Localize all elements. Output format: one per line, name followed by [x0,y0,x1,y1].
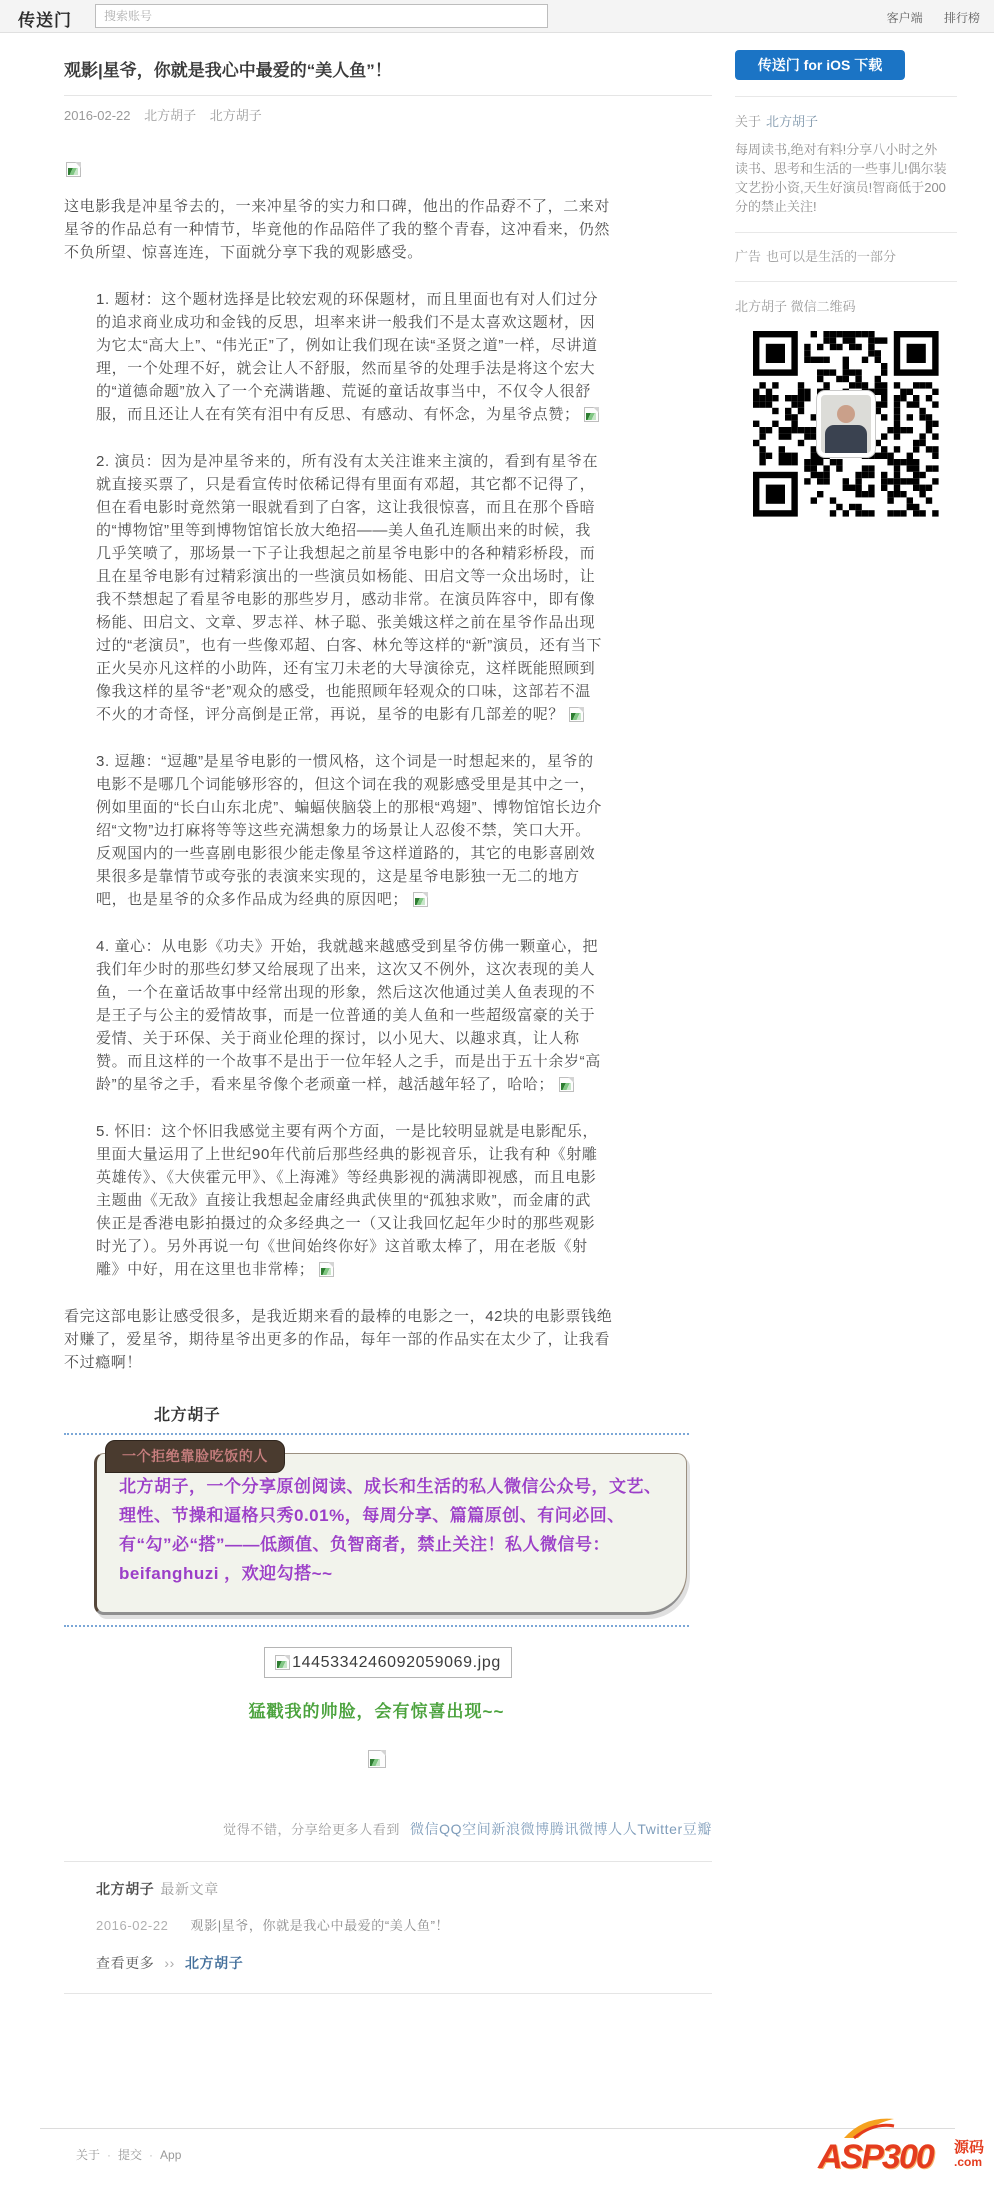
broken-image-icon [275,1655,290,1670]
avatar-head [837,405,855,423]
footer-links: 关于·提交·App [76,2146,181,2163]
promo-tag: 一个拒绝靠脸吃饭的人 [105,1440,285,1473]
footer-separator: · [149,2148,153,2162]
share-qzone-link[interactable]: QQ空间 [439,1821,491,1837]
latest-item: 2016-02-22观影|星爷，你就是我心中最爱的“美人鱼”！ [96,1914,713,1937]
divider [64,95,712,96]
divider [64,1993,712,1994]
broken-image-icon [413,892,428,907]
article-meta: 2016-02-22 北方胡子 北方胡子 [64,105,712,124]
point-text: 5. 怀旧：这个怀旧我感觉主要有两个方面，一是比较明显就是电影配乐，里面大量运用… [96,1123,598,1278]
footer-app-link[interactable]: App [160,2148,181,2162]
broken-image-icon [319,1262,334,1277]
nav-ranking-link[interactable]: 排行榜 [944,11,980,25]
share-twitter-link[interactable]: Twitter [637,1821,682,1837]
dotted-divider [64,1625,689,1627]
article-point-5: 5. 怀旧：这个怀旧我感觉主要有两个方面，一是比较明显就是电影配乐，里面大量运用… [96,1120,604,1281]
avatar-body [825,425,867,457]
point-text: 3. 逗趣：“逗趣”是星爷电影的一惯风格，这个词是一时想起来的，星爷的电影不是哪… [96,753,602,908]
article-point-3: 3. 逗趣：“逗趣”是星爷电影的一惯风格，这个词是一时想起来的，星爷的电影不是哪… [96,750,604,911]
broken-image-icon [584,407,599,422]
point-text: 2. 演员：因为是冲星爷来的，所有没有太关注谁来主演的，看到有星爷在就直接买票了… [96,453,602,723]
share-prompt: 觉得不错，分享给更多人看到 [223,1822,400,1837]
qr-label: 微信二维码 [791,299,856,314]
more-account-link[interactable]: 北方胡子 [185,1955,243,1971]
qr-account: 北方胡子 [735,299,787,314]
about-account-link[interactable]: 北方胡子 [766,114,818,129]
latest-item-date: 2016-02-22 [96,1918,169,1933]
logo-com: .com [954,2155,984,2170]
latest-account: 北方胡子 [96,1881,154,1897]
ios-download-button[interactable]: 传送门 for iOS 下载 [735,50,905,80]
article-point-2: 2. 演员：因为是冲星爷来的，所有没有太关注谁来主演的，看到有星爷在就直接买票了… [96,450,604,726]
qr-code [753,331,939,517]
more-row: 查看更多››北方胡子 [96,1952,713,1975]
topbar: 传送门 客户端 排行榜 [0,0,994,33]
more-arrow: ›› [164,1955,175,1971]
divider [735,232,957,233]
promo-green-text: 猛戳我的帅脸，会有惊喜出现~~ [64,1700,689,1723]
ad-text: 也可以是生活的一部分 [766,249,896,264]
about-heading: 关于北方胡子 [735,111,957,130]
qr-heading: 北方胡子 微信二维码 [735,296,957,315]
article-point-1: 1. 题材：这个题材选择是比较宏观的环保题材，而且里面也有对人们过分的追求商业成… [96,288,604,426]
footer-submit-link[interactable]: 提交 [118,2148,142,2162]
share-txweibo-link[interactable]: 腾讯微博 [550,1821,608,1837]
nav-client-link[interactable]: 客户端 [887,11,923,25]
about-label: 关于 [735,114,761,129]
share-weibo-link[interactable]: 新浪微博 [491,1821,549,1837]
point-text: 4. 童心：从电影《功夫》开始，我就越来越感受到星爷仿佛一颗童心，把我们年少时的… [96,938,601,1093]
search-input[interactable] [95,4,548,28]
logo-text: ASP300 [818,2138,933,2177]
latest-item-title-link[interactable]: 观影|星爷，你就是我心中最爱的“美人鱼”！ [191,1918,450,1933]
dotted-divider [64,1433,689,1435]
promo-account-name: 北方胡子 [154,1404,712,1427]
footer-about-link[interactable]: 关于 [76,2148,100,2162]
logo-side: 源码 .com [954,2140,984,2170]
share-wechat-link[interactable]: 微信 [410,1821,439,1837]
latest-heading-suffix: 最新文章 [160,1881,218,1897]
latest-articles: 北方胡子最新文章 2016-02-22观影|星爷，你就是我心中最爱的“美人鱼”！… [96,1878,713,1994]
latest-heading: 北方胡子最新文章 [96,1878,713,1901]
share-douban-link[interactable]: 豆瓣 [683,1821,712,1837]
article-title: 观影|星爷，你就是我心中最爱的“美人鱼”！ [64,58,712,84]
ad-label: 广告 [735,249,761,264]
broken-image-icon [66,162,81,177]
footer-separator: · [107,2148,111,2162]
view-more-link[interactable]: 查看更多 [96,1955,154,1971]
article-body: 这电影我是冲星爷去的，一来冲星爷的实力和口碑，他出的作品孬不了，二来对星爷的作品… [64,158,712,1994]
article-column: 观影|星爷，你就是我心中最爱的“美人鱼”！ 2016-02-22 北方胡子 北方… [40,44,712,1994]
article-date: 2016-02-22 [64,108,131,123]
author-link[interactable]: 北方胡子 [210,108,262,123]
lead-image-row [66,158,712,181]
site-logo[interactable]: 传送门 [18,6,72,31]
divider [64,1861,712,1862]
sidebar: 传送门 for iOS 下载 关于北方胡子 每周读书,绝对有料!分享八小时之外读… [735,50,957,517]
qr-avatar [817,391,875,457]
ad-row: 广告也可以是生活的一部分 [735,246,957,265]
broken-image-icon [569,707,584,722]
account-link[interactable]: 北方胡子 [144,108,196,123]
about-description: 每周读书,绝对有料!分享八小时之外读书、思考和生活的一些事儿!偶尔装文艺扮小资,… [735,140,950,216]
topnav: 客户端 排行榜 [869,9,980,26]
promo-text: 北方胡子，一个分享原创阅读、成长和生活的私人微信公众号，文艺、理性、节操和逼格只… [119,1472,664,1588]
closing-text: 看完这部电影让感受很多，是我近期来看的最棒的电影之一，42块的电影票钱绝对赚了，… [64,1308,612,1371]
divider [735,281,957,282]
asp300-logo: ASP300 源码 .com [818,2116,994,2188]
broken-image-icon [559,1077,574,1092]
share-row: 觉得不错，分享给更多人看到微信QQ空间新浪微博腾讯微博人人Twitter豆瓣 [64,1818,712,1841]
promo-box: 一个拒绝靠脸吃饭的人 北方胡子，一个分享原创阅读、成长和生活的私人微信公众号，文… [94,1453,687,1615]
divider [735,96,957,97]
intro-text: 这电影我是冲星爷去的，一来冲星爷的实力和口碑，他出的作品孬不了，二来对星爷的作品… [64,198,610,261]
image-filename: 1445334246092059069.jpg [292,1654,501,1671]
article-intro: 这电影我是冲星爷去的，一来冲星爷的实力和口碑，他出的作品孬不了，二来对星爷的作品… [64,195,624,264]
article-point-4: 4. 童心：从电影《功夫》开始，我就越来越感受到星爷仿佛一颗童心，把我们年少时的… [96,935,604,1096]
share-channels: 微信QQ空间新浪微博腾讯微博人人Twitter豆瓣 [410,1821,712,1837]
share-renren-link[interactable]: 人人 [608,1821,637,1837]
image-filename-box: 1445334246092059069.jpg [264,1647,512,1678]
page: 传送门 客户端 排行榜 观影|星爷，你就是我心中最爱的“美人鱼”！ 2016-0… [0,0,994,2189]
article-closing: 看完这部电影让感受很多，是我近期来看的最棒的电影之一，42块的电影票钱绝对赚了，… [64,1305,624,1374]
point-text: 1. 题材：这个题材选择是比较宏观的环保题材，而且里面也有对人们过分的追求商业成… [96,291,598,423]
center-image-row [64,1749,689,1772]
broken-image-icon [368,1750,386,1768]
logo-cn: 源码 [954,2140,984,2155]
